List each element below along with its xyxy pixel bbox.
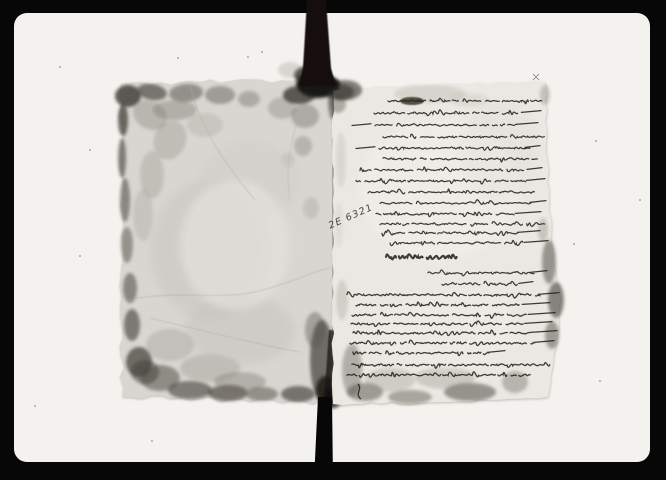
scan-svg: 2E 6321 [0, 0, 666, 480]
archival-scan-viewer: 2E 6321 [0, 0, 666, 480]
